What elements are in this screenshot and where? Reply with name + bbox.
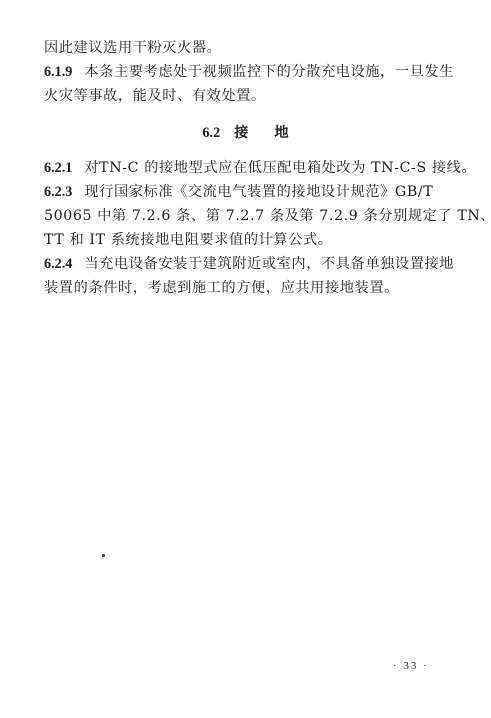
clause-number: 6.2.4	[44, 256, 72, 272]
clause-6-1-9: 6.1.9本条主要考虑处于视频监控下的分散充电设施，一旦发生	[44, 63, 454, 81]
paragraph-text: 装置的条件时，考虑到施工的方便，应共用接地装置。	[44, 280, 399, 296]
paragraph-line: 因此建议选用干粉灭火器。	[44, 39, 221, 57]
section-heading: 6.2接地	[0, 124, 491, 142]
clause-text: 现行国家标准《交流电气装置的接地设计规范》GB/T	[84, 184, 433, 200]
paragraph-line: 50065 中第 7.2.6 条、第 7.2.7 条及第 7.2.9 条分别规定…	[44, 207, 491, 225]
paragraph-text: TT 和 IT 系统接地电阻要求值的计算公式。	[44, 232, 333, 248]
clause-text: 当充电设备安装于建筑附近或室内，不具备单独设置接地	[84, 256, 454, 272]
clause-number: 6.2.3	[44, 184, 72, 200]
paragraph-text: 火灾等事故，能及时、有效处置。	[44, 88, 266, 104]
paragraph-text: 50065 中第 7.2.6 条、第 7.2.7 条及第 7.2.9 条分别规定…	[44, 208, 491, 224]
paragraph-line: TT 和 IT 系统接地电阻要求值的计算公式。	[44, 231, 333, 249]
paragraph-line: 火灾等事故，能及时、有效处置。	[44, 87, 266, 105]
clause-number: 6.1.9	[44, 64, 72, 80]
scan-speck	[102, 554, 105, 557]
section-title-part1: 接	[234, 125, 248, 141]
section-title-part2: 地	[274, 125, 288, 141]
clause-6-2-3: 6.2.3现行国家标准《交流电气装置的接地设计规范》GB/T	[44, 183, 433, 201]
clause-6-2-4: 6.2.4当充电设备安装于建筑附近或室内，不具备单独设置接地	[44, 255, 454, 273]
page-number: · 33 ·	[393, 660, 429, 672]
clause-text: 对TN-C 的接地型式应在低压配电箱处改为 TN-C-S 接线。	[84, 160, 476, 176]
section-number: 6.2	[202, 125, 220, 141]
clause-6-2-1: 6.2.1对TN-C 的接地型式应在低压配电箱处改为 TN-C-S 接线。	[44, 159, 476, 177]
clause-number: 6.2.1	[44, 160, 72, 176]
paragraph-text: 因此建议选用干粉灭火器。	[44, 40, 221, 56]
document-page: 因此建议选用干粉灭火器。 6.1.9本条主要考虑处于视频监控下的分散充电设施，一…	[0, 0, 491, 718]
paragraph-line: 装置的条件时，考虑到施工的方便，应共用接地装置。	[44, 279, 399, 297]
clause-text: 本条主要考虑处于视频监控下的分散充电设施，一旦发生	[84, 64, 454, 80]
